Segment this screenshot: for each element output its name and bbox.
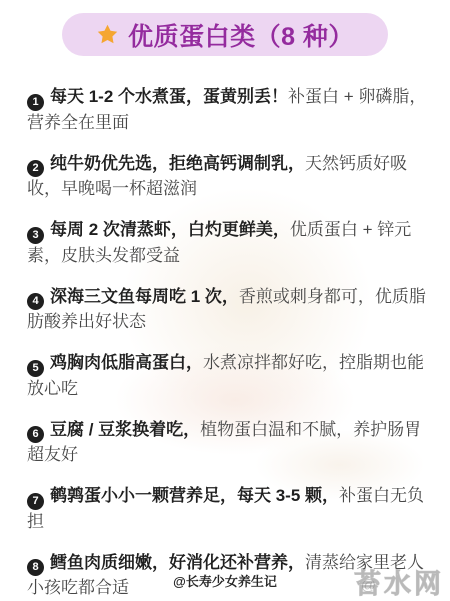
- item-number-badge: 1: [27, 94, 44, 111]
- item-number-badge: 7: [27, 493, 44, 510]
- item-number-badge: 5: [27, 360, 44, 377]
- item-main-text: 鳕鱼肉质细嫩，好消化还补营养，: [50, 553, 305, 572]
- item-main-text: 纯牛奶优先选，拒绝高钙调制乳，: [50, 154, 305, 173]
- watermark-text: 苔水网: [354, 562, 444, 601]
- item-main-text: 每周 2 次清蒸虾，白灼更鲜美，: [50, 220, 290, 239]
- protein-item-6: 6豆腐 / 豆浆换着吃，植物蛋白温和不腻，养护肠胃超友好: [27, 418, 428, 467]
- protein-item-3: 3每周 2 次清蒸虾，白灼更鲜美，优质蛋白 + 锌元素，皮肤头发都受益: [27, 218, 428, 267]
- header-pill: 优质蛋白类（8 种）: [62, 13, 388, 56]
- item-main-text: 深海三文鱼每周吃 1 次，: [50, 287, 239, 306]
- protein-item-2: 2纯牛奶优先选，拒绝高钙调制乳，天然钙质好吸收，早晚喝一杯超滋润: [27, 152, 428, 201]
- item-main-text: 鸡胸肉低脂高蛋白，: [50, 353, 203, 372]
- item-number-badge: 6: [27, 426, 44, 443]
- item-number-badge: 2: [27, 160, 44, 177]
- protein-item-5: 5鸡胸肉低脂高蛋白，水煮凉拌都好吃，控脂期也能放心吃: [27, 351, 428, 400]
- page-title: 优质蛋白类（8 种）: [128, 17, 354, 53]
- item-main-text: 每天 1-2 个水煮蛋，蛋黄别丢！: [50, 87, 288, 106]
- item-main-text: 鹌鹑蛋小小一颗营养足，每天 3-5 颗，: [50, 486, 339, 505]
- protein-item-7: 7鹌鹑蛋小小一颗营养足，每天 3-5 颗，补蛋白无负担: [27, 484, 428, 533]
- item-number-badge: 4: [27, 293, 44, 310]
- star-icon: [96, 23, 119, 46]
- protein-item-1: 1每天 1-2 个水煮蛋，蛋黄别丢！补蛋白 + 卵磷脂，营养全在里面: [27, 85, 428, 134]
- protein-item-4: 4深海三文鱼每周吃 1 次，香煎或刺身都可，优质脂肪酸养出好状态: [27, 285, 428, 334]
- item-main-text: 豆腐 / 豆浆换着吃，: [50, 420, 200, 439]
- protein-tips-list: 1每天 1-2 个水煮蛋，蛋黄别丢！补蛋白 + 卵磷脂，营养全在里面 2纯牛奶优…: [0, 56, 450, 599]
- item-number-badge: 3: [27, 227, 44, 244]
